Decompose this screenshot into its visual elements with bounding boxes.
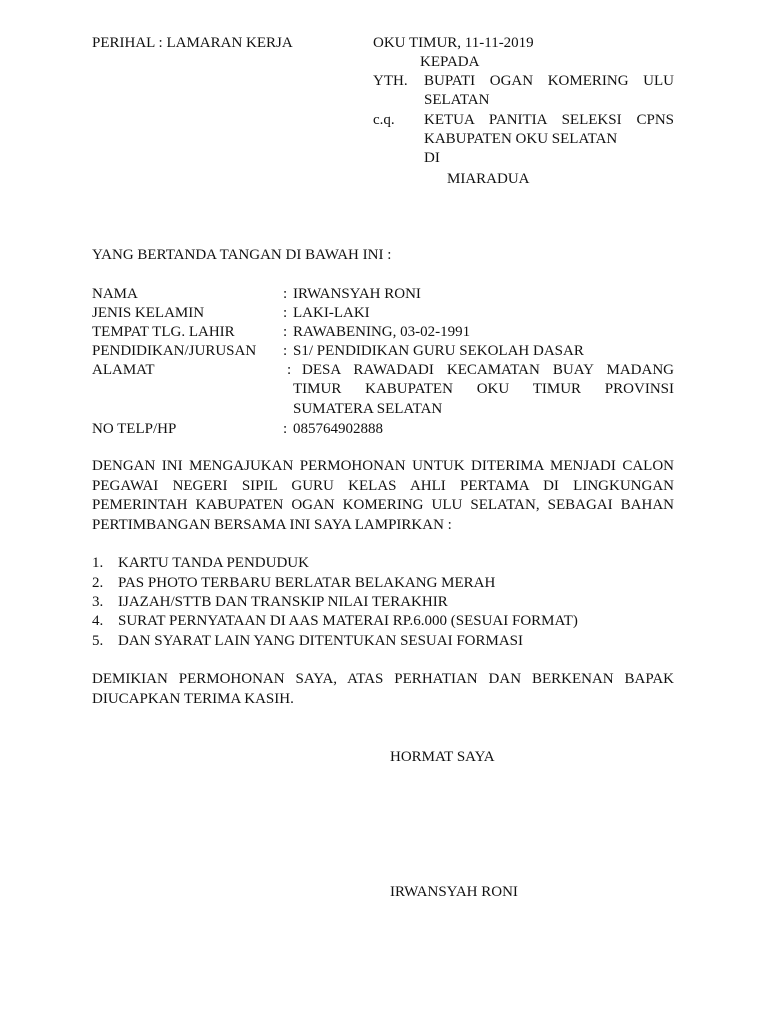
cq-line-2: KABUPATEN OKU SELATAN — [424, 130, 617, 149]
field-label: JENIS KELAMIN — [92, 304, 204, 323]
field-value: 085764902888 — [293, 420, 383, 439]
list-text: IJAZAH/STTB DAN TRANSKIP NILAI TERAKHIR — [118, 594, 448, 610]
list-item: 3.IJAZAH/STTB DAN TRANSKIP NILAI TERAKHI… — [92, 593, 448, 612]
place-date: OKU TIMUR, 11-11-2019 — [373, 34, 534, 53]
field-colon: : — [283, 420, 287, 439]
list-number: 4. — [92, 612, 118, 631]
address-line-3: SUMATERA SELATAN — [293, 400, 442, 419]
yth-prefix: YTH. — [373, 72, 408, 91]
cq-prefix: c.q. — [373, 111, 395, 130]
field-row-address: ALAMAT : DESA RAWADADI KECAMATAN BUAY MA… — [92, 361, 674, 419]
list-number: 1. — [92, 554, 118, 573]
list-text: SURAT PERNYATAAN DI AAS MATERAI RP.6.000… — [118, 613, 578, 629]
closing-line-2: DIUCAPKAN TERIMA KASIH. — [92, 690, 294, 709]
list-text: DAN SYARAT LAIN YANG DITENTUKAN SESUAI F… — [118, 633, 523, 649]
list-item: 2.PAS PHOTO TERBARU BERLATAR BELAKANG ME… — [92, 574, 495, 593]
field-value: LAKI-LAKI — [293, 304, 370, 323]
field-row-birth: TEMPAT TLG. LAHIR : RAWABENING, 03-02-19… — [92, 323, 674, 342]
body-line-2: PEGAWAI NEGERI SIPIL GURU KELAS AHLI PER… — [92, 477, 674, 497]
list-item: 5.DAN SYARAT LAIN YANG DITENTUKAN SESUAI… — [92, 632, 523, 651]
field-row-education: PENDIDIKAN/JURUSAN : S1/ PENDIDIKAN GURU… — [92, 342, 674, 361]
body-line-3: PEMERINTAH KABUPATEN OGAN KOMERING ULU S… — [92, 496, 674, 516]
field-label: NO TELP/HP — [92, 420, 176, 439]
list-text: PAS PHOTO TERBARU BERLATAR BELAKANG MERA… — [118, 575, 495, 591]
address-line-1: DESA RAWADADI KECAMATAN BUAY MADANG — [302, 361, 674, 380]
field-colon: : — [283, 342, 287, 361]
closing-line-1: DEMIKIAN PERMOHONAN SAYA, ATAS PERHATIAN… — [92, 670, 674, 690]
field-colon: : — [283, 285, 287, 304]
field-colon: : — [283, 304, 287, 323]
field-row-name: NAMA : IRWANSYAH RONI — [92, 285, 674, 304]
field-value: S1/ PENDIDIKAN GURU SEKOLAH DASAR — [293, 342, 584, 361]
recipient-line-2: SELATAN — [424, 91, 489, 110]
field-label: NAMA — [92, 285, 138, 304]
list-number: 5. — [92, 632, 118, 651]
field-label: TEMPAT TLG. LAHIR — [92, 323, 235, 342]
field-colon: : — [287, 361, 291, 380]
di-label: DI — [424, 149, 440, 168]
cq-line-1: KETUA PANITIA SELEKSI CPNS — [424, 111, 674, 130]
address-line-2: TIMUR KABUPATEN OKU TIMUR PROVINSI — [293, 380, 674, 399]
list-number: 2. — [92, 574, 118, 593]
field-row-phone: NO TELP/HP : 085764902888 — [92, 420, 674, 439]
body-line-4: PERTIMBANGAN BERSAMA INI SAYA LAMPIRKAN … — [92, 516, 452, 535]
field-colon: : — [283, 323, 287, 342]
to-label: KEPADA — [420, 53, 479, 72]
field-value: RAWABENING, 03-02-1991 — [293, 323, 470, 342]
field-label: ALAMAT — [92, 361, 155, 380]
subject-line: PERIHAL : LAMARAN KERJA — [92, 34, 293, 53]
intro-text: YANG BERTANDA TANGAN DI BAWAH INI : — [92, 246, 391, 265]
signature-name: IRWANSYAH RONI — [390, 883, 518, 902]
city: MIARADUA — [447, 170, 530, 189]
field-row-gender: JENIS KELAMIN : LAKI-LAKI — [92, 304, 674, 323]
list-number: 3. — [92, 593, 118, 612]
list-item: 4.SURAT PERNYATAAN DI AAS MATERAI RP.6.0… — [92, 612, 578, 631]
field-label: PENDIDIKAN/JURUSAN — [92, 342, 256, 361]
recipient-line-1: BUPATI OGAN KOMERING ULU — [424, 72, 674, 91]
list-item: 1.KARTU TANDA PENDUDUK — [92, 554, 309, 573]
list-text: KARTU TANDA PENDUDUK — [118, 555, 309, 571]
signature-salutation: HORMAT SAYA — [390, 748, 495, 767]
body-line-1: DENGAN INI MENGAJUKAN PERMOHONAN UNTUK D… — [92, 457, 674, 477]
field-value: IRWANSYAH RONI — [293, 285, 421, 304]
